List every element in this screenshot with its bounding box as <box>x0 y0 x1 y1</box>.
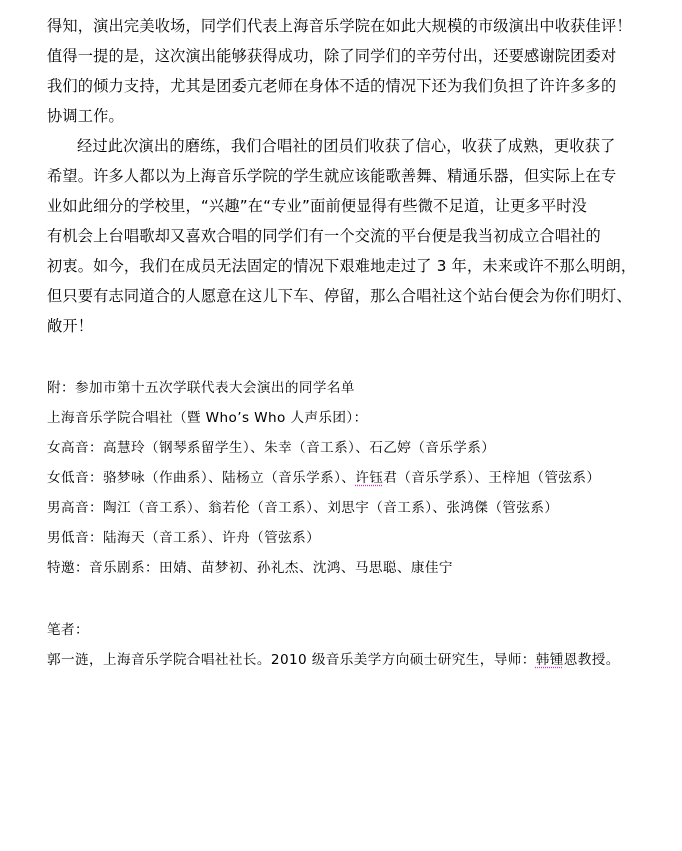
tenor-list: 男高音：陶江（音工系）、翁若伦（音工系）、刘思宇（音工系）、张鸿傑（管弦系） <box>47 498 558 518</box>
author-bio: 郭一涟，上海音乐学院合唱社社长。2010 级音乐美学方向硕士研究生，导师：韩锺恩… <box>47 650 620 670</box>
paragraph-line: 经过此次演出的磨练，我们合唱社的团员们收获了信心，收获了成熟，更收获了 <box>77 136 616 156</box>
alto-list: 女低音：骆梦咏（作曲系）、陆杨立（音乐学系）、许钰君（音乐学系）、王梓旭（管弦系… <box>47 468 600 488</box>
paragraph-line: 但只要有志同道合的人愿意在这儿下车、停留，那么合唱社这个站台便会为你们明灯、 <box>47 286 632 306</box>
appendix-title: 附：参加市第十五次学联代表大会演出的同学名单 <box>47 378 355 398</box>
author-label: 笔者： <box>47 620 89 640</box>
appendix-group: 上海音乐学院合唱社（暨 Who’s Who 人声乐团）： <box>47 408 368 428</box>
bass-list: 男低音：陆海天（音工系）、许舟（管弦系） <box>47 528 320 548</box>
paragraph-line: 值得一提的是，这次演出能够获得成功，除了同学们的辛劳付出，还要感谢院团委对 <box>47 46 616 66</box>
paragraph-line: 初衷。如今，我们在成员无法固定的情况下艰难地走过了 3 年，未来或许不那么明朗， <box>47 256 636 276</box>
paragraph-line: 敞开！ <box>47 316 93 336</box>
alto-suffix: 君（音乐学系）、王梓旭（管弦系） <box>383 470 600 486</box>
guest-list: 特邀：音乐剧系：田婧、苗梦初、孙礼杰、沈鸿、马思聪、康佳宁 <box>47 558 453 578</box>
paragraph-line: 得知，演出完美收场，同学们代表上海音乐学院在如此大规模的市级演出中收获佳评！ <box>47 16 632 36</box>
paragraph-line: 业如此细分的学校里，“兴趣”在“专业”面前便显得有些微不足道，让更多平时没 <box>47 196 587 216</box>
paragraph-line: 希望。许多人都以为上海音乐学院的学生就应该能歌善舞、精通乐器，但实际上在专 <box>47 166 616 186</box>
paragraph-line: 有机会上台唱歌却又喜欢合唱的同学们有一个交流的平台便是我当初成立合唱社的 <box>47 226 601 246</box>
soprano-list: 女高音：高慧玲（钢琴系留学生）、朱幸（音工系）、石乙婷（音乐学系） <box>47 438 495 458</box>
spellcheck-underline: 韩锺 <box>536 652 564 668</box>
spellcheck-underline: 许钰 <box>355 470 383 486</box>
paragraph-line: 协调工作。 <box>47 106 124 126</box>
paragraph-line: 我们的倾力支持，尤其是团委亢老师在身体不适的情况下还为我们负担了许许多多的 <box>47 76 616 96</box>
bio-suffix: 恩教授。 <box>564 652 620 668</box>
alto-prefix: 女低音：骆梦咏（作曲系）、陆杨立（音乐学系）、 <box>47 470 355 486</box>
bio-prefix: 郭一涟，上海音乐学院合唱社社长。2010 级音乐美学方向硕士研究生，导师： <box>47 652 536 668</box>
